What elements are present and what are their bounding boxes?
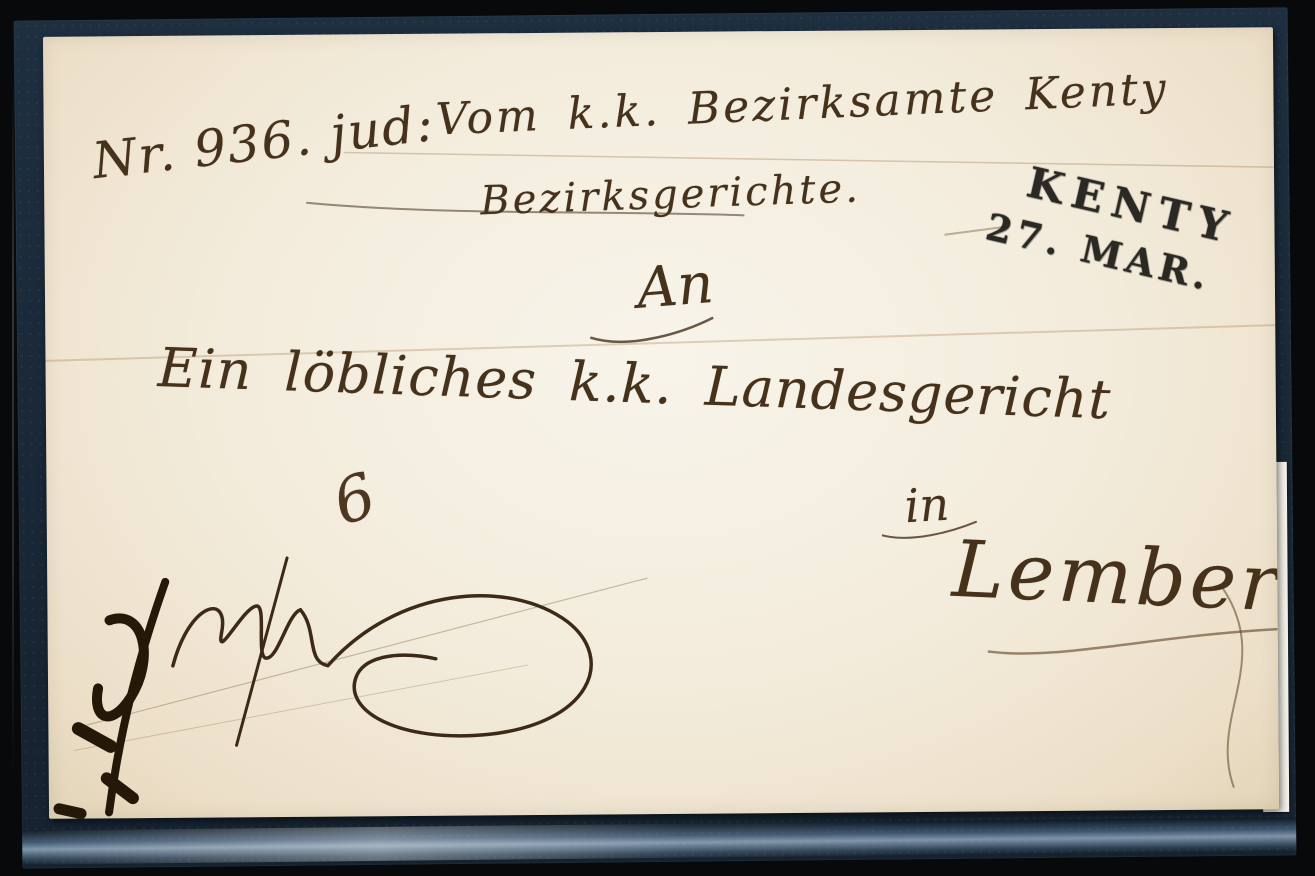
side-mark: 6 [324,458,385,540]
salutation: An [635,251,716,322]
destination-lemberg: Lemberg [950,525,1279,632]
letter-paper: Nr. 936. jud: Vom k.k. Bezirksamte Kenty… [43,27,1279,819]
clerk-paraph-flourish [137,537,639,771]
docket-number: Nr. 936. jud: [90,94,438,190]
cut-off-ink-strokes [47,575,219,818]
sleeve-gloss-strip [22,817,1296,864]
sender-line-1: Vom k.k. Bezirksamte Kenty [435,63,1170,145]
preposition-in: in [903,477,951,534]
sender-line-2: Bezirksgerichte. [480,165,862,224]
sleeve-edge-highlight [12,80,14,780]
address-line: Ein löbliches k.k. Landesgericht [157,336,1112,431]
photo-of-folded-letter: Nr. 936. jud: Vom k.k. Bezirksamte Kenty… [0,0,1315,876]
kenty-postmark: KENTY 27. MAR. [1011,158,1241,303]
